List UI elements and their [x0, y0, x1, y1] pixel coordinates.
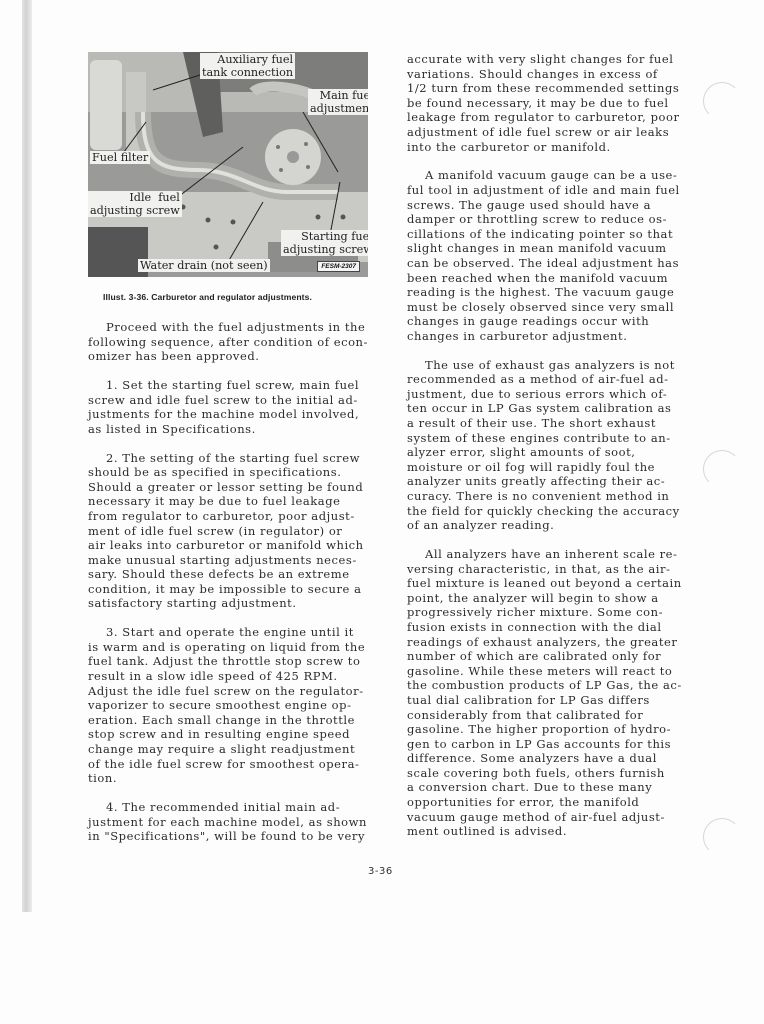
paragraph: 2. The setting of the starting fuel scre…	[88, 451, 373, 612]
text-line: reading is the highest. The vacuum gauge	[389, 285, 702, 300]
text-line: omizer has been approved.	[70, 349, 373, 364]
paragraph: The use of exhaust gas analyzers is notr…	[407, 358, 702, 533]
text-line: ful tool in adjustment of idle and main …	[389, 183, 702, 198]
text-line: 2. The setting of the starting fuel scre…	[88, 451, 373, 466]
text-line: a conversion chart. Due to these many	[389, 780, 702, 795]
text-line: system of these engines contribute to an…	[389, 431, 702, 446]
text-line: damper or throttling screw to reduce os-	[389, 212, 702, 227]
text-line: in "Specifications", will be found to be…	[70, 829, 373, 844]
text-line: justment for each machine model, as show…	[70, 815, 373, 830]
punch-hole-mark	[703, 818, 741, 856]
text-line: gasoline. The higher proportion of hydro…	[389, 722, 702, 737]
text-line: slight changes in mean manifold vacuum	[389, 241, 702, 256]
text-line: of an analyzer reading.	[389, 518, 702, 533]
text-line: satisfactory starting adjustment.	[70, 596, 373, 611]
text-line: gasoline. While these meters will react …	[389, 664, 702, 679]
text-line: progressively richer mixture. Some con-	[389, 605, 702, 620]
text-line: result in a slow idle speed of 425 RPM.	[70, 669, 373, 684]
text-line: versing characteristic, in that, as the …	[389, 562, 702, 577]
text-line: gen to carbon in LP Gas accounts for thi…	[389, 737, 702, 752]
text-line: sary. Should these defects be an extreme	[70, 567, 373, 582]
engine-photo-figure: Auxiliary fuel tank connection Main fuel…	[88, 52, 368, 277]
text-line: following sequence, after condition of e…	[70, 335, 373, 350]
text-line: been reached when the manifold vacuum	[389, 271, 702, 286]
text-line: scale covering both fuels, others furnis…	[389, 766, 702, 781]
text-line: change may require a slight readjustment	[70, 742, 373, 757]
text-line: difference. Some analyzers have a dual	[389, 751, 702, 766]
text-line: alyzer error, slight amounts of soot,	[389, 445, 702, 460]
text-line: screws. The gauge used should have a	[389, 198, 702, 213]
text-line: screw and idle fuel screw to the initial…	[70, 393, 373, 408]
text-line: 3. Start and operate the engine until it	[88, 625, 373, 640]
figure-caption: Illust. 3-36. Carburetor and regulator a…	[103, 292, 373, 302]
text-line: 4. The recommended initial main ad-	[88, 800, 373, 815]
paragraph: Proceed with the fuel adjustments in the…	[88, 320, 373, 364]
callout-water-drain: Water drain (not seen)	[138, 259, 270, 272]
text-line: vacuum gauge method of air-fuel adjust-	[389, 810, 702, 825]
text-line: is warm and is operating on liquid from …	[70, 640, 373, 655]
text-line: leakage from regulator to carburetor, po…	[407, 110, 702, 125]
text-line: a result of their use. The short exhaust	[389, 416, 702, 431]
text-line: opportunities for error, the manifold	[389, 795, 702, 810]
punch-hole-mark	[703, 82, 741, 120]
text-line: make unusual starting adjustments neces-	[70, 553, 373, 568]
text-line: variations. Should changes in excess of	[407, 67, 702, 82]
text-line: 1. Set the starting fuel screw, main fue…	[88, 378, 373, 393]
text-line: ment outlined is advised.	[389, 824, 702, 839]
punch-hole-mark	[703, 450, 741, 488]
text-line: Proceed with the fuel adjustments in the	[88, 320, 373, 335]
text-line: analyzer units greatly affecting their a…	[389, 474, 702, 489]
text-line: of the idle fuel screw for smoothest ope…	[70, 757, 373, 772]
text-line: stop screw and in resulting engine speed	[70, 727, 373, 742]
paragraph: All analyzers have an inherent scale re-…	[407, 547, 702, 839]
text-line: tual dial calibration for LP Gas differs	[389, 693, 702, 708]
text-line: the field for quickly checking the accur…	[389, 504, 702, 519]
text-line: number of which are calibrated only for	[389, 649, 702, 664]
paragraph: 3. Start and operate the engine until it…	[88, 625, 373, 786]
text-line: the combustion products of LP Gas, the a…	[389, 678, 702, 693]
callout-main-fuel: Main fuel adjustment	[308, 89, 368, 115]
text-line: ten occur in LP Gas system calibration a…	[389, 401, 702, 416]
text-line: recommended as a method of air-fuel ad-	[389, 372, 702, 387]
callout-fuel-filter: Fuel filter	[90, 151, 150, 164]
text-line: justment, due to serious errors which of…	[389, 387, 702, 402]
paragraph: A manifold vacuum gauge can be a use-ful…	[407, 168, 702, 343]
text-line: be found necessary, it may be due to fue…	[407, 96, 702, 111]
text-line: condition, it may be impossible to secur…	[70, 582, 373, 597]
text-line: vaporizer to secure smoothest engine op-	[70, 698, 373, 713]
text-line: air leaks into carburetor or manifold wh…	[70, 538, 373, 553]
text-line: justments for the machine model involved…	[70, 407, 373, 422]
text-line: from regulator to carburetor, poor adjus…	[70, 509, 373, 524]
text-line: changes in gauge readings occur with	[389, 314, 702, 329]
right-column: accurate with very slight changes for fu…	[407, 52, 702, 853]
page-number: 3-36	[368, 866, 393, 877]
text-line: ment of idle fuel screw (in regulator) o…	[70, 524, 373, 539]
callout-idle-fuel: Idle fuel adjusting screw	[88, 191, 182, 217]
paragraph: 1. Set the starting fuel screw, main fue…	[88, 378, 373, 436]
text-line: tion.	[70, 771, 373, 786]
text-line: as listed in Specifications.	[70, 422, 373, 437]
text-line: eration. Each small change in the thrott…	[70, 713, 373, 728]
text-line: accurate with very slight changes for fu…	[407, 52, 702, 67]
text-line: readings of exhaust analyzers, the great…	[389, 635, 702, 650]
left-column: Proceed with the fuel adjustments in the…	[88, 320, 373, 858]
text-line: changes in carburetor adjustment.	[389, 329, 702, 344]
text-line: 1/2 turn from these recommended settings	[407, 81, 702, 96]
figure-code: FESM-2307	[317, 261, 360, 272]
text-line: point, the analyzer will begin to show a	[389, 591, 702, 606]
callout-auxiliary-fuel: Auxiliary fuel tank connection	[200, 53, 295, 79]
text-line: into the carburetor or manifold.	[407, 140, 702, 155]
text-line: fusion exists in connection with the dia…	[389, 620, 702, 635]
binding-shadow	[22, 0, 32, 912]
text-line: curacy. There is no convenient method in	[389, 489, 702, 504]
text-line: Adjust the idle fuel screw on the regula…	[70, 684, 373, 699]
paragraph: accurate with very slight changes for fu…	[407, 52, 702, 154]
text-line: The use of exhaust gas analyzers is not	[407, 358, 702, 373]
text-line: fuel mixture is leaned out beyond a cert…	[389, 576, 702, 591]
text-line: must be closely observed since very smal…	[389, 300, 702, 315]
text-line: considerably from that calibrated for	[389, 708, 702, 723]
text-line: moisture or oil fog will rapidly foul th…	[389, 460, 702, 475]
callout-starting-fuel: Starting fuel adjusting screw	[281, 230, 368, 256]
text-line: A manifold vacuum gauge can be a use-	[407, 168, 702, 183]
text-line: All analyzers have an inherent scale re-	[407, 547, 702, 562]
text-line: necessary it may be due to fuel leakage	[70, 494, 373, 509]
text-line: can be observed. The ideal adjustment ha…	[389, 256, 702, 271]
paragraph: 4. The recommended initial main ad-justm…	[88, 800, 373, 844]
text-line: should be as specified in specifications…	[70, 465, 373, 480]
text-line: Should a greater or lessor setting be fo…	[70, 480, 373, 495]
text-line: fuel tank. Adjust the throttle stop scre…	[70, 654, 373, 669]
text-line: cillations of the indicating pointer so …	[389, 227, 702, 242]
text-line: adjustment of idle fuel screw or air lea…	[407, 125, 702, 140]
